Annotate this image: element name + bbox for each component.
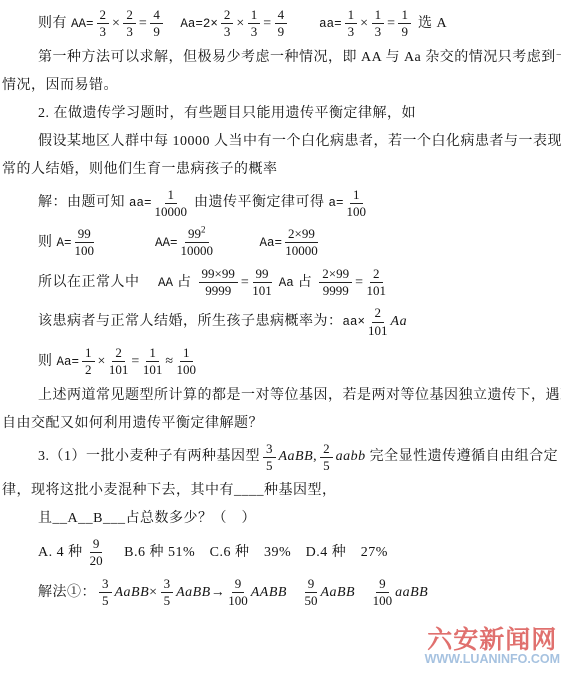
fraction: 35 — [161, 577, 174, 609]
text-run: × — [98, 352, 106, 372]
text-run: AaBB — [320, 583, 355, 603]
text-run: 该患病者与正常人结婚，所生孩子患病概率为： — [38, 312, 343, 332]
text-line: 第一种方法可以求解，但极易少考虑一种情况，即 AA 与 Aa 杂交的情况只考虑到… — [2, 48, 559, 68]
text-line: 所以在正常人中 AA 占 99×999999=99101 Aa 占 2×9999… — [2, 267, 559, 299]
text-run: = — [355, 273, 363, 293]
text-run: × — [149, 583, 157, 603]
text-run: A. 4 种 — [38, 543, 87, 563]
text-run: AA= — [155, 233, 178, 253]
fraction: 49 — [150, 8, 163, 40]
fraction: 23 — [221, 8, 234, 40]
text-run: 选 A — [414, 14, 447, 34]
text-line: 3.（1）一批小麦种子有两种基因型35AaBB,25aabb 完全显性遗传遵循自… — [2, 442, 559, 474]
fraction: 2×999999 — [319, 267, 352, 299]
fraction: 2101 — [367, 267, 387, 299]
text-run: 占 — [173, 273, 196, 293]
fraction: 13 — [248, 8, 261, 40]
fraction: 12 — [82, 346, 95, 378]
text-run: = — [139, 14, 147, 34]
text-run: = — [131, 352, 139, 372]
text-line: A. 4 种 920 B.6 种 51% C.6 种 39% D.4 种 27% — [2, 537, 559, 569]
fraction: 99100 — [75, 227, 95, 259]
text-run: Aa — [391, 312, 408, 332]
text-run: 所以在正常人中 — [38, 273, 158, 293]
text-run: = — [241, 273, 249, 293]
text-run: 上述两道常见题型所计算的都是一对等位基因，若是两对等位基因独立遗传下，遇到 — [38, 386, 561, 406]
fraction: 110000 — [155, 188, 188, 220]
text-run: 情况，因而易错。 — [2, 76, 118, 96]
text-run — [166, 14, 181, 34]
watermark-site-name: 六安新闻网 — [425, 628, 560, 653]
watermark: 六安新闻网 WWW.LUANINFO.COM — [425, 628, 560, 667]
fraction: 23 — [123, 8, 136, 40]
fraction: 99×999999 — [199, 267, 238, 299]
text-run: Aa — [279, 273, 294, 293]
text-run: AaBB — [279, 447, 314, 467]
fraction: 2101 — [109, 346, 129, 378]
text-line: 常的人结婚，则他们生育一患病孩子的概率 — [2, 160, 559, 180]
text-run: , — [313, 447, 317, 467]
text-run: a= — [329, 193, 344, 213]
text-run: 则 — [38, 352, 57, 372]
text-run: = — [387, 14, 395, 34]
fraction: 1100 — [347, 188, 367, 220]
text-run: 占 — [294, 273, 317, 293]
text-line: 情况，因而易错。 — [2, 76, 559, 96]
fraction: 2×9910000 — [285, 227, 318, 259]
text-run: AaBB — [176, 583, 211, 603]
text-run: × — [112, 14, 120, 34]
text-run: Aa= — [260, 233, 283, 253]
text-run: aaBB — [395, 583, 428, 603]
watermark-site-url: WWW.LUANINFO.COM — [425, 653, 560, 667]
fraction: 950 — [304, 577, 317, 609]
text-run: aa= — [129, 193, 152, 213]
text-line: 解法①：35AaBB×35AaBB→9100AABB 950AaBB 9100a… — [2, 577, 559, 609]
fraction: 9100 — [373, 577, 393, 609]
text-line: 上述两道常见题型所计算的都是一对等位基因，若是两对等位基因独立遗传下，遇到 — [2, 386, 559, 406]
fraction: 1101 — [143, 346, 163, 378]
text-run: = — [263, 14, 271, 34]
fraction: 1100 — [177, 346, 197, 378]
text-run: × — [236, 14, 244, 34]
text-run: aa× — [343, 312, 366, 332]
fraction: 13 — [372, 8, 385, 40]
text-run: → — [211, 583, 226, 603]
text-run: 常的人结婚，则他们生育一患病孩子的概率 — [2, 160, 278, 180]
text-run: AABB — [251, 583, 287, 603]
text-run — [290, 14, 319, 34]
text-run: 自由交配又如何利用遗传平衡定律解题？ — [2, 414, 263, 434]
fraction: 19 — [398, 8, 411, 40]
fraction: 920 — [90, 537, 103, 569]
text-line: 则有 AA=23×23=49 Aa=2×23×13=49 aa=13×13=19… — [2, 8, 559, 40]
text-run: AaBB — [115, 583, 150, 603]
text-line: 解：由题可知 aa=110000 由遗传平衡定律可得 a=1100 — [2, 188, 559, 220]
text-line: 则 Aa=12×2101=1101≈1100 — [2, 346, 559, 378]
text-run: 3.（1）一批小麦种子有两种基因型 — [38, 447, 260, 467]
text-line: 2. 在做遗传学习题时，有些题目只能用遗传平衡定律解，如 — [2, 104, 559, 124]
text-run: 由遗传平衡定律可得 — [190, 193, 329, 213]
text-line: 假设某地区人群中每 10000 人当中有一个白化病患者，若一个白化病患者与一表现… — [2, 132, 559, 152]
text-run: 解：由题可知 — [38, 193, 129, 213]
text-line: 律，现将这批小麦混种下去，其中有____种基因型， — [2, 481, 559, 501]
document-body: 则有 AA=23×23=49 Aa=2×23×13=49 aa=13×13=19… — [0, 0, 561, 608]
text-run — [97, 233, 155, 253]
text-run: A= — [57, 233, 72, 253]
text-run — [355, 583, 370, 603]
text-run: AA= — [71, 14, 94, 34]
text-run: 则 — [38, 233, 57, 253]
text-run: ≈ — [165, 352, 173, 372]
fraction: 13 — [345, 8, 358, 40]
text-run — [216, 233, 260, 253]
text-run: 2. 在做遗传学习题时，有些题目只能用遗传平衡定律解，如 — [38, 104, 416, 124]
text-run: Aa=2× — [180, 14, 218, 34]
fraction: 9100 — [228, 577, 248, 609]
fraction: 99210000 — [181, 227, 214, 259]
text-line: 则 A=99100 AA=99210000 Aa=2×9910000 — [2, 227, 559, 259]
text-run: B.6 种 51% C.6 种 39% D.4 种 27% — [106, 543, 388, 563]
text-run: 则有 — [38, 14, 71, 34]
text-run: 完全显性遗传遵循自由组合定 — [366, 447, 559, 467]
text-run: 假设某地区人群中每 10000 人当中有一个白化病患者，若一个白化病患者与一表现… — [38, 132, 561, 152]
document-page: 则有 AA=23×23=49 Aa=2×23×13=49 aa=13×13=19… — [0, 0, 561, 675]
text-run: aa= — [319, 14, 342, 34]
text-run: 且__A__B___占总数多少？（ ） — [38, 509, 256, 529]
fraction: 99101 — [252, 267, 272, 299]
text-run: × — [360, 14, 368, 34]
text-run: AA — [158, 273, 173, 293]
fraction: 35 — [99, 577, 112, 609]
text-run: aabb — [336, 447, 366, 467]
text-line: 且__A__B___占总数多少？（ ） — [2, 509, 559, 529]
fraction: 23 — [97, 8, 110, 40]
fraction: 25 — [320, 442, 333, 474]
fraction: 2101 — [368, 306, 388, 338]
text-run: 第一种方法可以求解，但极易少考虑一种情况，即 AA 与 Aa 杂交的情况只考虑到… — [38, 48, 561, 68]
text-run: 解法①： — [38, 583, 96, 603]
text-run — [287, 583, 302, 603]
fraction: 35 — [263, 442, 276, 474]
text-run: 律，现将这批小麦混种下去，其中有____种基因型， — [2, 481, 337, 501]
fraction: 49 — [275, 8, 288, 40]
text-run: Aa= — [57, 352, 80, 372]
text-line: 该患病者与正常人结婚，所生孩子患病概率为：aa×2101Aa — [2, 306, 559, 338]
text-line: 自由交配又如何利用遗传平衡定律解题？ — [2, 414, 559, 434]
